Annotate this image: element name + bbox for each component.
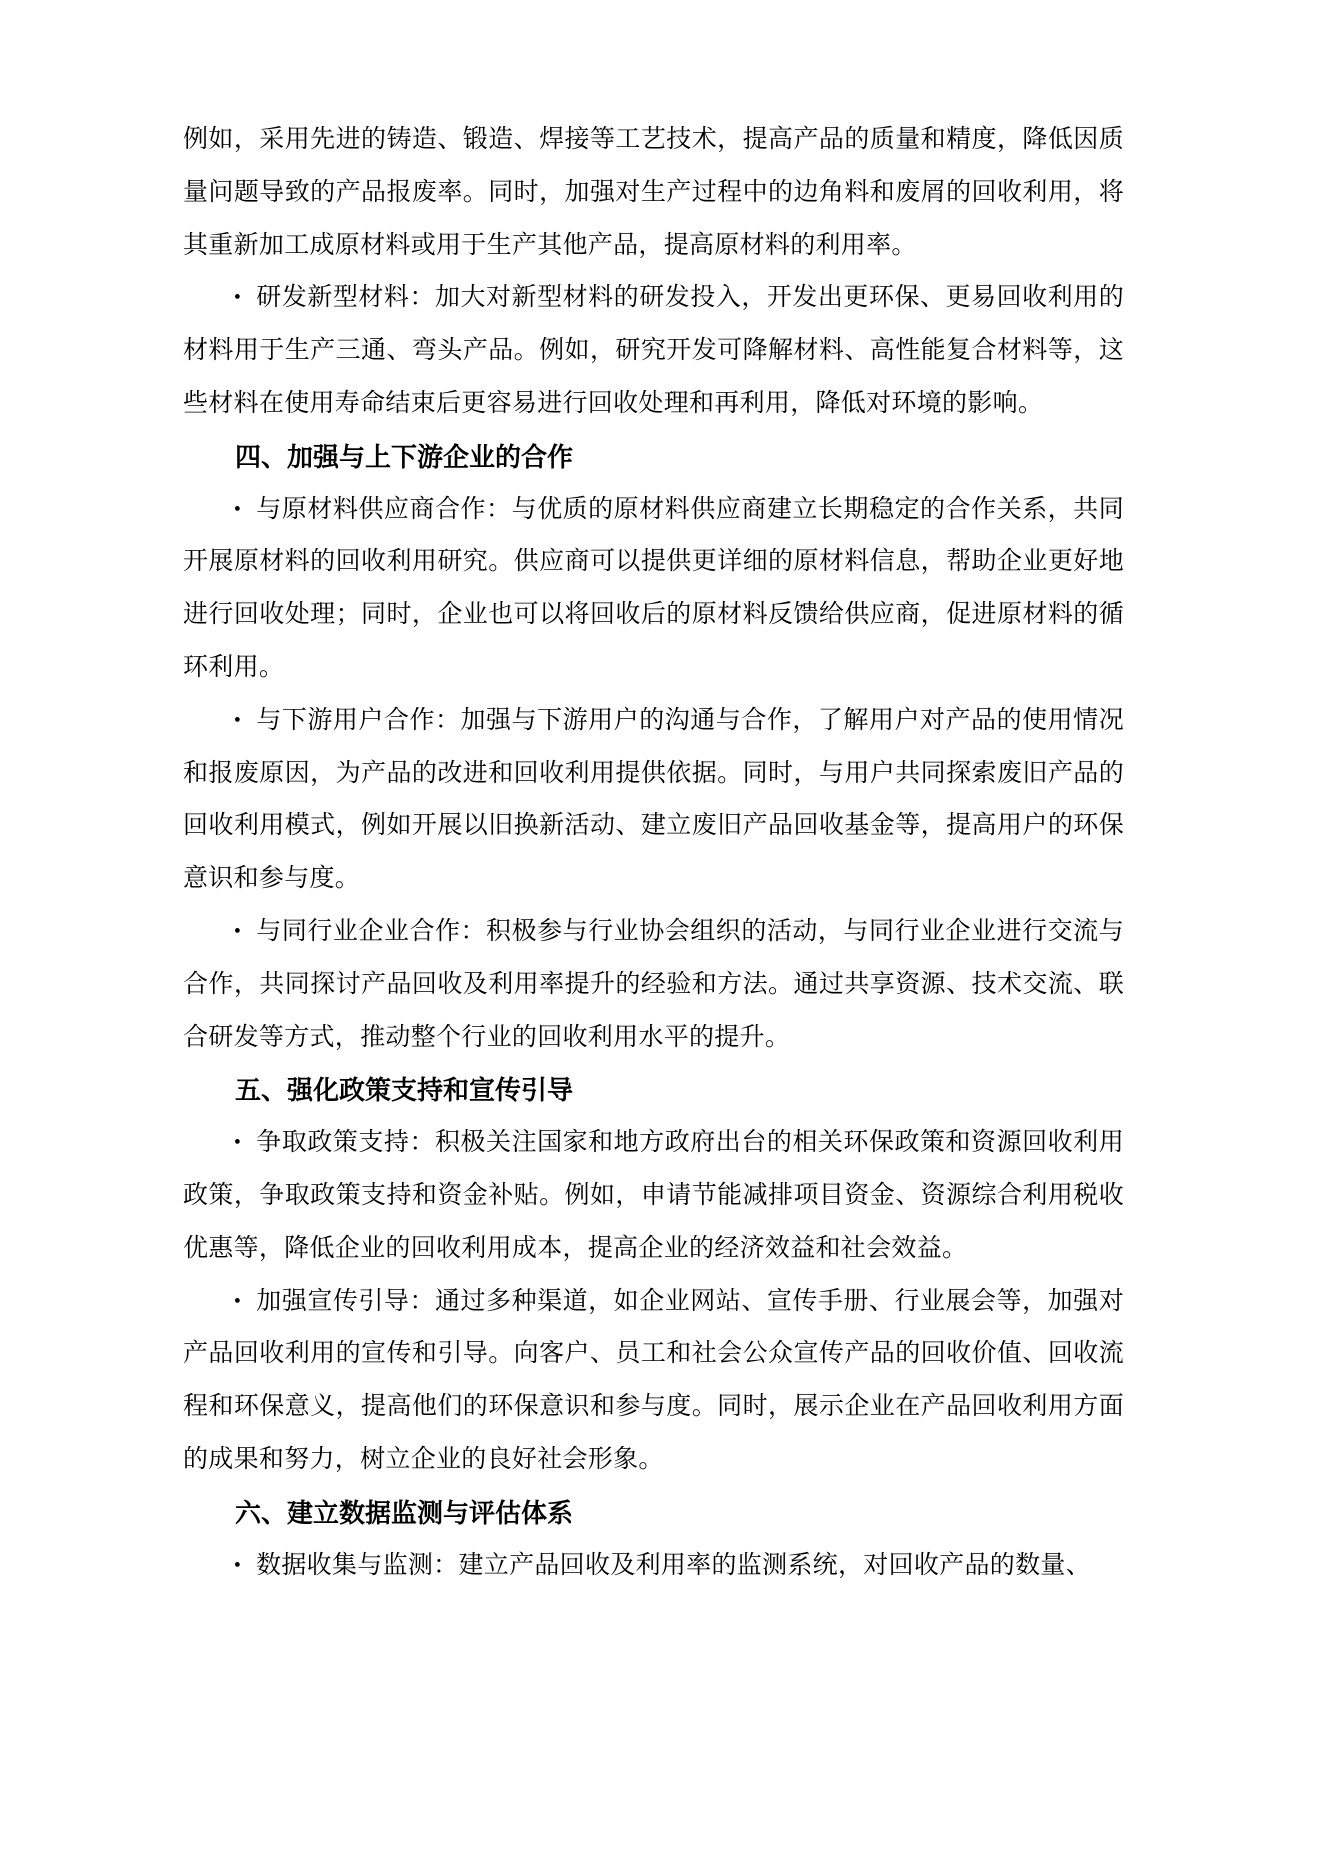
paragraph-text: 争取政策支持：积极关注国家和地方政府出台的相关环保政策和资源回收利用政策，争取政… [183, 1129, 1124, 1262]
bullet-icon: • [234, 1281, 241, 1323]
document-content: 例如，采用先进的铸造、锻造、焊接等工艺技术，提高产品的质量和精度，降低因质量问题… [183, 114, 1124, 1592]
bullet-icon: • [234, 278, 241, 320]
bullet-paragraph: •研发新型材料：加大对新型材料的研发投入，开发出更环保、更易回收利用的材料用于生… [183, 272, 1124, 430]
paragraph-text: 数据收集与监测：建立产品回收及利用率的监测系统，对回收产品的数量、 [256, 1552, 1091, 1579]
paragraph-text: 与原材料供应商合作：与优质的原材料供应商建立长期稳定的合作关系，共同开展原材料的… [183, 496, 1124, 681]
bullet-icon: • [234, 911, 241, 953]
bullet-paragraph: •加强宣传引导：通过多种渠道，如企业网站、宣传手册、行业展会等，加强对产品回收利… [183, 1276, 1124, 1487]
body-paragraph: 例如，采用先进的铸造、锻造、焊接等工艺技术，提高产品的质量和精度，降低因质量问题… [183, 114, 1124, 272]
bullet-paragraph: •与同行业企业合作：积极参与行业协会组织的活动，与同行业企业进行交流与合作，共同… [183, 906, 1124, 1064]
bullet-icon: • [234, 1545, 241, 1587]
paragraph-text: 加强宣传引导：通过多种渠道，如企业网站、宣传手册、行业展会等，加强对产品回收利用… [183, 1288, 1124, 1473]
document-page: 例如，采用先进的铸造、锻造、焊接等工艺技术，提高产品的质量和精度，降低因质量问题… [0, 0, 1323, 1871]
paragraph-text: 研发新型材料：加大对新型材料的研发投入，开发出更环保、更易回收利用的材料用于生产… [183, 284, 1124, 417]
paragraph-text: 例如，采用先进的铸造、锻造、焊接等工艺技术，提高产品的质量和精度，降低因质量问题… [183, 126, 1124, 259]
bullet-icon: • [234, 1122, 241, 1164]
bullet-paragraph: •争取政策支持：积极关注国家和地方政府出台的相关环保政策和资源回收利用政策，争取… [183, 1117, 1124, 1275]
bullet-icon: • [234, 489, 241, 531]
paragraph-text: 与下游用户合作：加强与下游用户的沟通与合作，了解用户对产品的使用情况和报废原因，… [183, 707, 1124, 892]
bullet-icon: • [234, 700, 241, 742]
bullet-paragraph: •与下游用户合作：加强与下游用户的沟通与合作，了解用户对产品的使用情况和报废原因… [183, 695, 1124, 906]
section-heading-4: 四、加强与上下游企业的合作 [183, 431, 1124, 484]
section-heading-6: 六、建立数据监测与评估体系 [183, 1487, 1124, 1540]
bullet-paragraph: •与原材料供应商合作：与优质的原材料供应商建立长期稳定的合作关系，共同开展原材料… [183, 484, 1124, 695]
section-heading-5: 五、强化政策支持和宣传引导 [183, 1064, 1124, 1117]
paragraph-text: 与同行业企业合作：积极参与行业协会组织的活动，与同行业企业进行交流与合作，共同探… [183, 918, 1124, 1051]
bullet-paragraph: •数据收集与监测：建立产品回收及利用率的监测系统，对回收产品的数量、 [183, 1540, 1124, 1593]
